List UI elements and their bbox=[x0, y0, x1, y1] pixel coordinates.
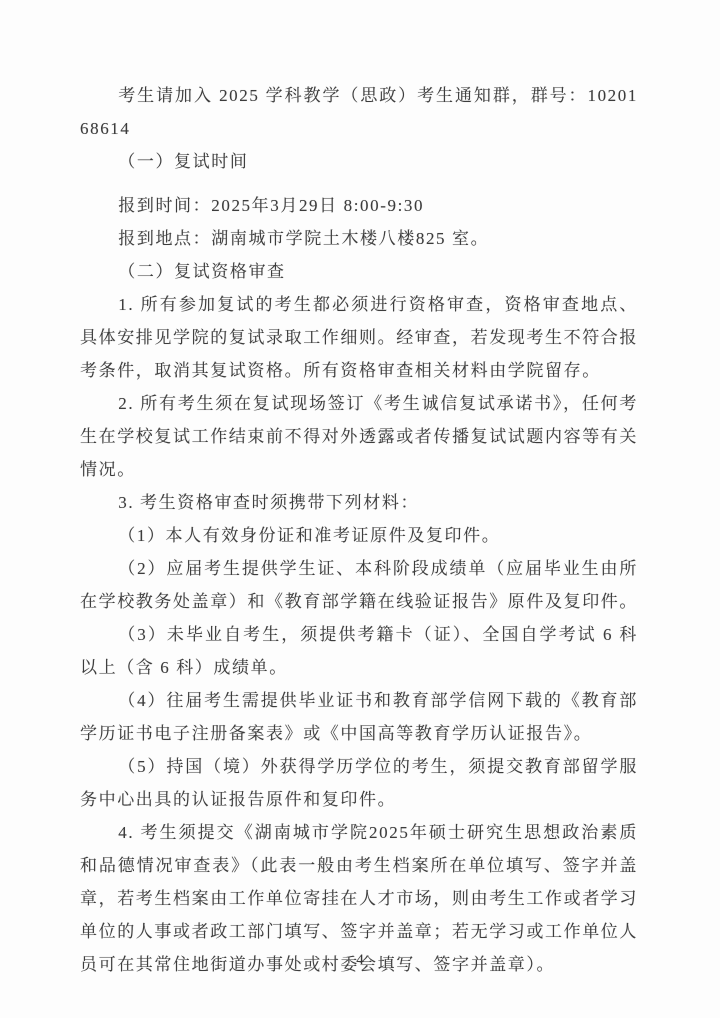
paragraph-checkin-location: 报到地点：湖南城市学院土木楼八楼825 室。 bbox=[80, 222, 638, 255]
document-page: 考生请加入 2025 学科教学（思政）考生通知群，群号：1020168614 （… bbox=[0, 0, 720, 1018]
paragraph-review-item-1: 1. 所有参加复试的考生都必须进行资格审查，资格审查地点、具体安排见学院的复试录… bbox=[80, 288, 638, 387]
scanned-document-page: { "page": { "background_color": "#fdfdfd… bbox=[0, 0, 720, 1018]
paragraph-checkin-time: 报到时间：2025年3月29日 8:00-9:30 bbox=[80, 189, 638, 222]
paragraph-material-3: （3）未毕业自考生，须提供考籍卡（证）、全国自学考试 6 科以上（含 6 科）成… bbox=[80, 618, 638, 684]
paragraph-review-item-2: 2. 所有考生须在复试现场签订《考生诚信复试承诺书》，任何考生在学校复试工作结束… bbox=[80, 387, 638, 486]
page-number: 4 bbox=[0, 950, 720, 970]
paragraph-material-2: （2）应届考生提供学生证、本科阶段成绩单（应届毕业生由所在学校教务处盖章）和《教… bbox=[80, 552, 638, 618]
paragraph-qq-group-notice: 考生请加入 2025 学科教学（思政）考生通知群，群号：1020168614 bbox=[80, 79, 638, 145]
paragraph-review-item-3: 3. 考生资格审查时须携带下列材料： bbox=[80, 486, 638, 519]
heading-qualification-review: （二）复试资格审查 bbox=[80, 255, 638, 288]
document-body: 考生请加入 2025 学科教学（思政）考生通知群，群号：1020168614 （… bbox=[80, 79, 638, 981]
paragraph-material-4: （4）往届考生需提供毕业证书和教育部学信网下载的《教育部学历证书电子注册备案表》… bbox=[80, 684, 638, 750]
heading-retest-time: （一）复试时间 bbox=[80, 145, 638, 178]
paragraph-material-5: （5）持国（境）外获得学历学位的考生，须提交教育部留学服务中心出具的认证报告原件… bbox=[80, 750, 638, 816]
paragraph-material-1: （1）本人有效身份证和准考证原件及复印件。 bbox=[80, 519, 638, 552]
